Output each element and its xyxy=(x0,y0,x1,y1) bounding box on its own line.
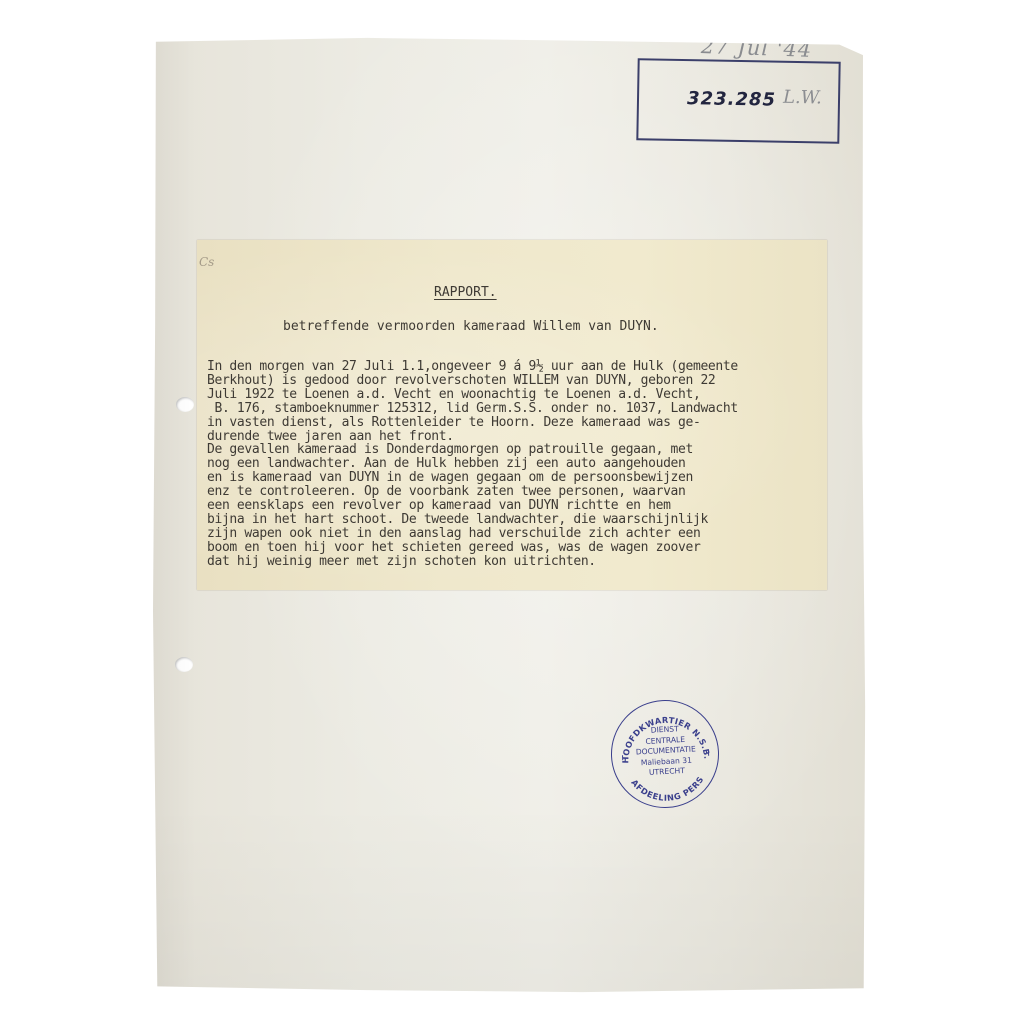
report-body-line: en is kameraad van DUYN in de wagen gega… xyxy=(207,471,827,485)
archive-stamp: HOOFDKWARTIER N.S.B. AFDEELING PERS DIEN… xyxy=(608,697,722,811)
report-body-line: De gevallen kameraad is Donderdagmorgen … xyxy=(207,443,827,457)
punch-hole xyxy=(175,657,193,672)
handwritten-date: 27 Jul '44 xyxy=(701,34,813,62)
margin-mark: Cs xyxy=(199,255,214,269)
report-body-line: Berkhout) is gedood door revolverschoten… xyxy=(207,374,827,388)
report-subtitle: betreffende vermoorden kameraad Willem v… xyxy=(283,319,659,334)
report-body-line: in vasten dienst, als Rottenleider te Ho… xyxy=(207,416,827,430)
report-body-line: enz te controleeren. Op de voorbank zate… xyxy=(207,485,827,499)
report-body-line: bijna in het hart schoot. De tweede land… xyxy=(207,513,827,527)
stamp-center-text: DIENSTCENTRALEDOCUMENTATIEMaliebaan 31UT… xyxy=(611,722,722,780)
report-body-line: durende twee jaren aan het front. xyxy=(207,430,827,444)
report-body-line: zijn wapen ook niet in den aanslag had v… xyxy=(207,527,827,541)
pasted-report-clipping: Cs RAPPORT. betreffende vermoorden kamer… xyxy=(197,240,827,590)
report-body-line: Juli 1922 te Loenen a.d. Vecht en woonac… xyxy=(207,388,827,402)
punch-hole xyxy=(176,397,194,412)
report-body: In den morgen van 27 Juli 1.1,ongeveer 9… xyxy=(207,360,827,569)
document-page: 27 Jul '44 323.285 L.W. Cs RAPPORT. betr… xyxy=(153,36,868,994)
report-body-line: In den morgen van 27 Juli 1.1,ongeveer 9… xyxy=(207,360,827,374)
report-body-line: nog een landwachter. Aan de Hulk hebben … xyxy=(207,457,827,471)
report-body-line: een eensklaps een revolver op kameraad v… xyxy=(207,499,827,513)
report-title: RAPPORT. xyxy=(434,285,497,300)
report-body-line: boom en toen hij voor het schieten geree… xyxy=(207,541,827,555)
archive-number: 323.285 xyxy=(687,88,776,111)
report-body-line: dat hij weinig meer met zijn schoten kon… xyxy=(207,555,827,569)
report-body-line: B. 176, stamboeknummer 125312, lid Germ.… xyxy=(207,402,827,416)
archive-number-box: 323.285 L.W. xyxy=(636,58,840,144)
archive-initials: L.W. xyxy=(783,87,822,109)
scan-background: 27 Jul '44 323.285 L.W. Cs RAPPORT. betr… xyxy=(0,0,1024,1024)
